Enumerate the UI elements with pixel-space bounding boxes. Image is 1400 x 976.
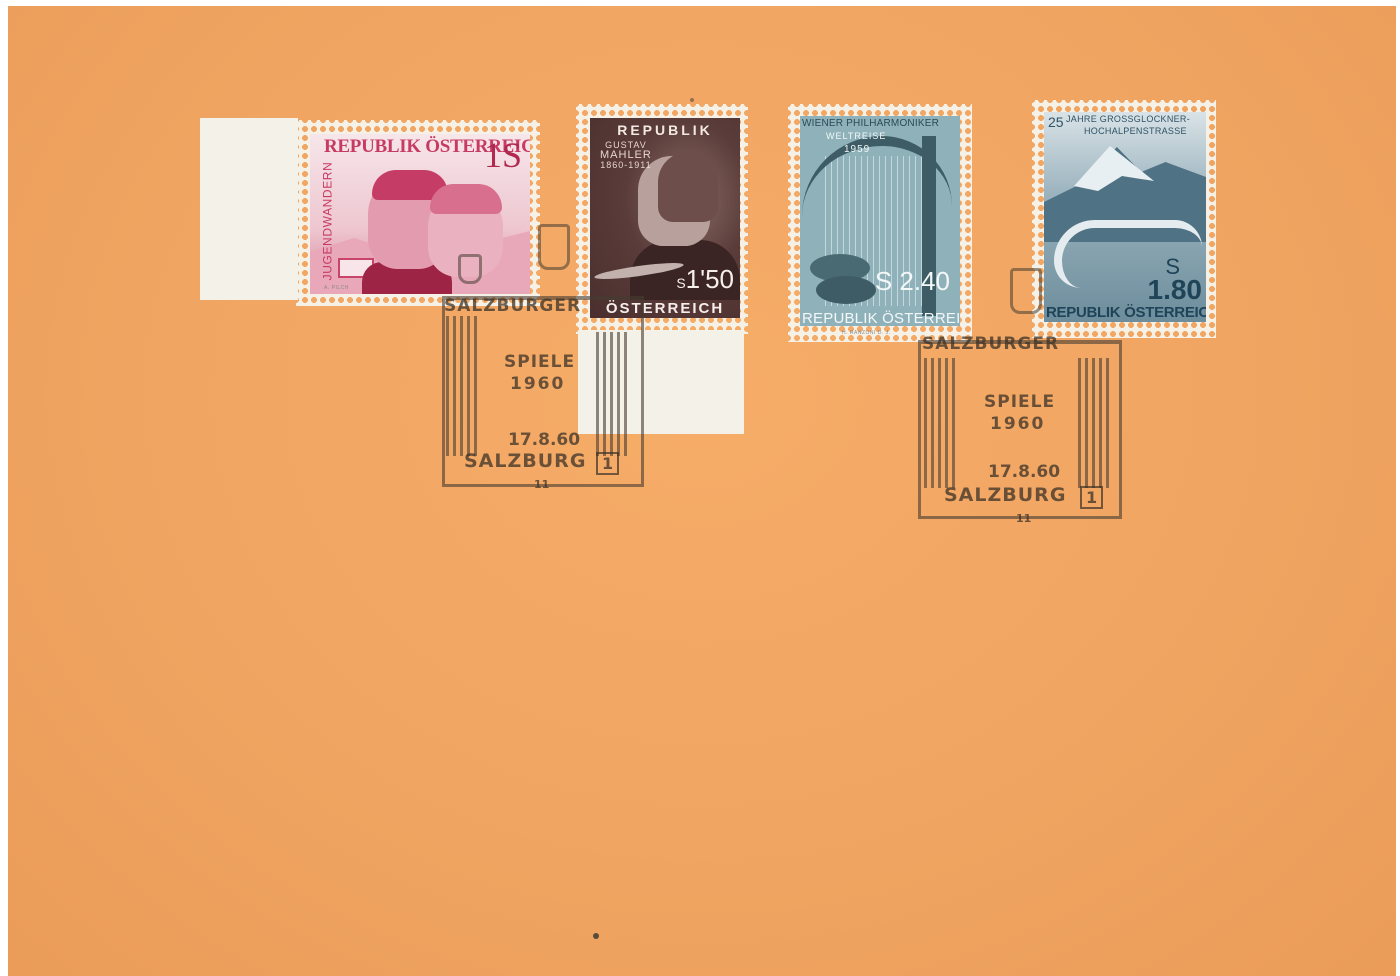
- violin-illustration: [816, 276, 876, 304]
- stamp-subtitle: WELTREISE: [826, 131, 886, 141]
- festival-postmark: SALZBURGER FESTSPIELE SPIELE 1960 17.8.6…: [436, 224, 646, 504]
- postmark-sub-number: 11: [1016, 512, 1031, 525]
- stamp-value: 1.80: [1148, 274, 1203, 306]
- postmark-office-number: 1: [1080, 486, 1103, 509]
- subject-dates: 1860-1911: [600, 160, 652, 170]
- value-amount: 1'50: [686, 264, 734, 294]
- postmark-office-number: 1: [596, 452, 619, 475]
- postmark-top-text: SALZBURGER: [922, 334, 1059, 354]
- postmark-sub-number: 11: [534, 478, 549, 491]
- stamp-year: 1959: [844, 144, 870, 155]
- stamp-subject: JUGENDWANDERN: [320, 162, 334, 281]
- stamp-title: WIENER PHILHARMONIKER: [802, 118, 939, 129]
- stamp-value: 1S: [484, 134, 522, 176]
- value-prefix: S: [676, 275, 685, 291]
- hair-illustration: [658, 152, 718, 222]
- postmark-top-text: SALZBURGER: [444, 296, 581, 316]
- scan-border-right: [1396, 0, 1400, 976]
- stamp-subtitle: HOCHALPENSTRASSE: [1084, 126, 1187, 136]
- subject-last-name: MAHLER: [600, 150, 652, 160]
- sheet-margin: [200, 118, 298, 300]
- postmark-middle-visible: SPIELE: [504, 352, 575, 372]
- postmark-middle-visible: SPIELE: [984, 392, 1055, 412]
- postmark-city: SALZBURG: [464, 450, 586, 472]
- postmark-date: 17.8.60: [988, 462, 1060, 482]
- stamp-title: JAHRE GROSSGLOCKNER-: [1066, 114, 1190, 124]
- postmark-date: 17.8.60: [508, 430, 580, 450]
- stamp-credit: H. RANZONI D. J.: [842, 330, 891, 336]
- stamp-value: S1'50: [676, 264, 734, 295]
- urn-icon: [1010, 268, 1042, 314]
- scan-border-left: [0, 0, 8, 976]
- postmark-year: 1960: [510, 374, 565, 394]
- stamp-country-top: REPUBLIK: [590, 122, 740, 138]
- paper-speck: [593, 933, 599, 939]
- festival-postmark: SALZBURGER FESTSPIELE SPIELE 1960 17.8.6…: [910, 264, 1130, 534]
- stamp-credit: A. PILCH: [324, 285, 349, 291]
- urn-icon: [458, 254, 482, 284]
- anniversary-number: 25: [1048, 114, 1064, 130]
- girl-hair: [430, 184, 502, 214]
- stamp-subject: GUSTAV MAHLER 1860-1911: [600, 140, 652, 170]
- paper-speck: [690, 98, 694, 102]
- urn-icon: [538, 224, 570, 270]
- postmark-city: SALZBURG: [944, 484, 1066, 506]
- postmark-year: 1960: [990, 414, 1045, 434]
